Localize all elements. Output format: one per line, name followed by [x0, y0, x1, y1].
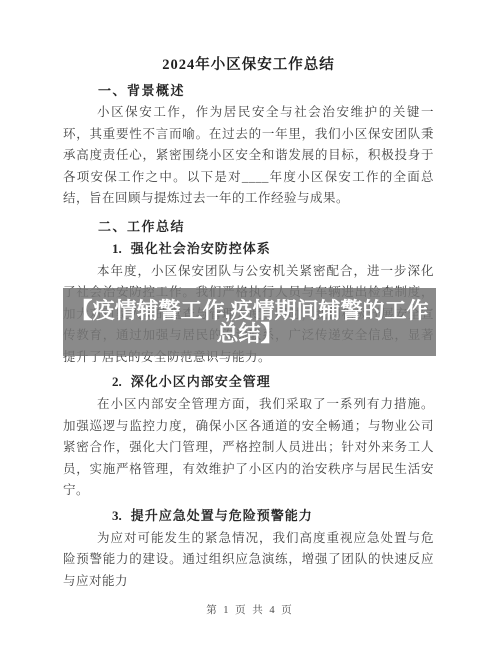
subsection-title-2: 深化小区内部安全管理 — [131, 374, 271, 389]
subsection-number-2: 2. — [112, 374, 122, 389]
subsection-heading-1: 1.强化社会治安防控体系 — [63, 241, 434, 257]
section-heading-background: 一、背景概述 — [63, 82, 434, 99]
paragraph-background-overview: 小区保安工作，作为居民安全与社会治安维护的关键一环，其重要性不言而喻。在过去的一… — [63, 102, 434, 210]
section-heading-work-summary: 二、工作总结 — [63, 218, 434, 235]
paragraph-subsection-3: 为应对可能发生的紧急情况，我们高度重视应急处置与危险预警能力的建设。通过组织应急… — [63, 528, 434, 593]
paragraph-subsection-2: 在小区内部安全管理方面，我们采取了一系列有力措施。加强巡逻与监控力度，确保小区各… — [63, 394, 434, 502]
subsection-heading-2: 2.深化小区内部安全管理 — [63, 374, 434, 390]
page-number-footer: 第 1 页 共 4 页 — [0, 602, 500, 617]
subsection-number-3: 3. — [112, 508, 122, 523]
subsection-title-3: 提升应急处置与危险预警能力 — [131, 508, 313, 523]
subsection-number-1: 1. — [112, 241, 122, 256]
subsection-heading-3: 3.提升应急处置与危险预警能力 — [63, 508, 434, 524]
watermark-overlay-text: 【疫情辅警工作,疫情期间辅警的工作总结】 — [65, 299, 434, 345]
subsection-title-1: 强化社会治安防控体系 — [131, 241, 271, 256]
watermark-overlay-banner: 【疫情辅警工作,疫情期间辅警的工作总结】 — [63, 288, 436, 356]
document-page: 2024年小区保安工作总结 一、背景概述 小区保安工作，作为居民安全与社会治安维… — [0, 0, 500, 647]
document-title: 2024年小区保安工作总结 — [63, 56, 434, 74]
